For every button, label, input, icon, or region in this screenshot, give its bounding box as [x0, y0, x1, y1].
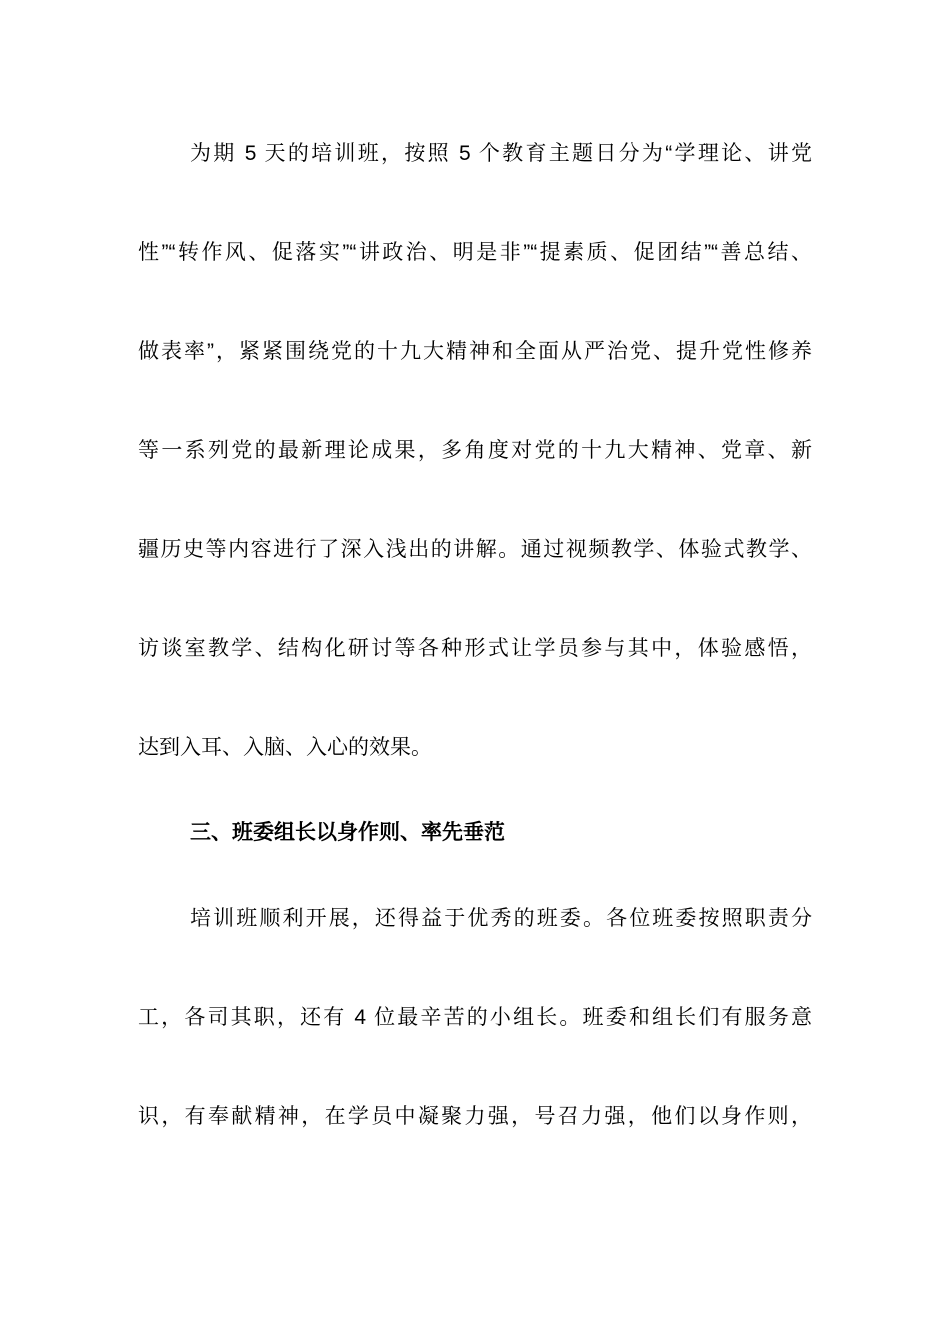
paragraph-line: 性”“转作风、促落实”“讲政治、明是非”“提素质、促团结”“善总结、	[138, 203, 812, 302]
paragraph-line: 为期 5 天的培训班，按照 5 个教育主题日分为“学理论、讲党	[138, 104, 812, 203]
paragraph-line: 疆历史等内容进行了深入浅出的讲解。通过视频教学、体验式教学、	[138, 500, 812, 599]
document-body: 为期 5 天的培训班，按照 5 个教育主题日分为“学理论、讲党 性”“转作风、促…	[138, 104, 812, 1166]
paragraph-line: 等一系列党的最新理论成果，多角度对党的十九大精神、党章、新	[138, 401, 812, 500]
paragraph-line: 达到入耳、入脑、入心的效果。	[138, 698, 812, 797]
paragraph-line: 识，有奉献精神，在学员中凝聚力强，号召力强，他们以身作则，	[138, 1067, 812, 1166]
paragraph-line: 做表率”，紧紧围绕党的十九大精神和全面从严治党、提升党性修养	[138, 302, 812, 401]
paragraph-line: 访谈室教学、结构化研讨等各种形式让学员参与其中，体验感悟，	[138, 599, 812, 698]
paragraph-line: 培训班顺利开展，还得益于优秀的班委。各位班委按照职责分	[138, 869, 812, 968]
paragraph-line: 工，各司其职，还有 4 位最辛苦的小组长。班委和组长们有服务意	[138, 968, 812, 1067]
section-heading: 三、班委组长以身作则、率先垂范	[138, 797, 812, 869]
document-page: 为期 5 天的培训班，按照 5 个教育主题日分为“学理论、讲党 性”“转作风、促…	[0, 0, 950, 1344]
